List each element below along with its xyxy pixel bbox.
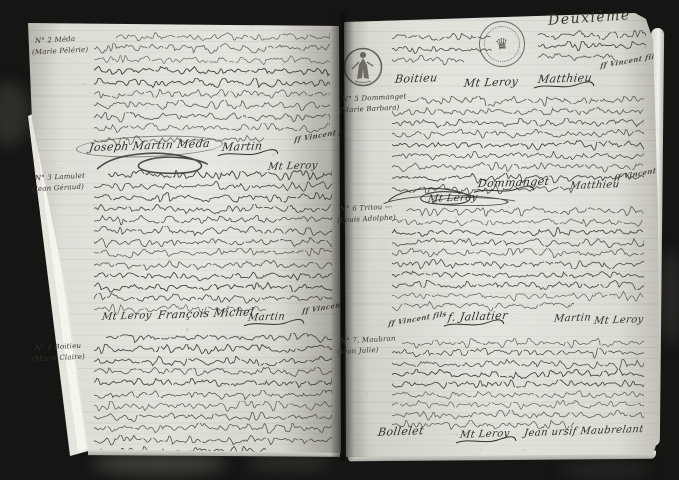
- paper-speck: [516, 317, 518, 319]
- handwriting-line: [94, 78, 330, 90]
- handwriting-line: [94, 423, 332, 435]
- signature: Bollelet: [377, 424, 425, 439]
- paper-speck: [51, 219, 53, 221]
- handwriting-line: [94, 226, 332, 238]
- signature: Martin: [221, 139, 263, 153]
- paper-speck: [52, 387, 53, 388]
- signature: Matthieu: [569, 179, 620, 192]
- paper-speck: [83, 83, 85, 85]
- handwriting-line: [94, 237, 332, 249]
- handwriting-line: [94, 378, 332, 390]
- paper-speck: [57, 171, 58, 172]
- scanner-smudge: [560, 462, 650, 478]
- handwriting-line: [94, 367, 332, 379]
- signature: Mt Leroy: [593, 314, 644, 327]
- signature-underline-flourish: [532, 81, 595, 91]
- signature-flourish: [380, 194, 520, 208]
- handwriting-line: [108, 170, 332, 182]
- handwriting-line: [94, 192, 332, 204]
- handwriting-line: [94, 390, 332, 402]
- paper-speck: [366, 393, 368, 395]
- signature: Mt Leroy: [459, 428, 510, 441]
- paper-speck: [523, 449, 525, 451]
- paper-speck: [28, 221, 30, 223]
- handwriting-line: [94, 66, 330, 78]
- paper-speck: [60, 167, 62, 169]
- handwriting-line: [94, 89, 330, 101]
- paper-speck: [354, 17, 356, 19]
- paper-speck: [351, 218, 353, 220]
- right-page: ♛ BoitieuMt LeroyMatthieuff Vincent fils…: [340, 10, 663, 460]
- paper-speck: [38, 437, 40, 439]
- signature-underline-flourish: [442, 319, 505, 329]
- handwriting-line: [94, 112, 330, 124]
- scanner-smudge: [660, 250, 679, 345]
- handwriting-line: [94, 55, 330, 67]
- handwriting-line: [94, 204, 332, 216]
- paper-speck: [90, 220, 91, 221]
- scanner-smudge: [92, 452, 227, 476]
- signature: Boitieu: [394, 71, 438, 86]
- handwriting-line: [94, 435, 332, 447]
- handwriting-line: [94, 100, 330, 112]
- signature: f. Jallatier: [447, 309, 509, 324]
- paper-speck: [28, 148, 30, 150]
- signature: Mt Leroy: [463, 75, 519, 90]
- handwriting-line: [94, 401, 332, 413]
- scanner-smudge: [246, 454, 331, 472]
- paper-speck: [33, 313, 35, 315]
- signature: Matthieu: [537, 71, 593, 86]
- signature-underline-flourish: [216, 149, 279, 159]
- paper-speck: [367, 166, 369, 168]
- paper-speck: [600, 21, 602, 23]
- handwriting-line: [94, 293, 332, 305]
- crown-icon: ♛: [494, 36, 509, 53]
- figure-vignette-stamp: [343, 45, 383, 89]
- paper-speck: [394, 12, 395, 13]
- paper-speck: [480, 449, 482, 451]
- paper-speck: [455, 433, 458, 436]
- paper-speck: [180, 330, 181, 331]
- paper-speck: [36, 342, 38, 344]
- signature-underline-flourish: [455, 436, 518, 446]
- signature: Martin: [247, 311, 286, 323]
- handwriting-line: [94, 282, 332, 294]
- signature: Martin: [553, 312, 592, 324]
- register-scan: Joseph Martin MédaMartinff Vincent filsM…: [0, 0, 679, 480]
- handwriting-line: [94, 248, 332, 260]
- handwriting-line: [94, 215, 332, 227]
- paper-speck: [390, 179, 391, 180]
- handwriting-line: [94, 123, 330, 135]
- paper-speck: [186, 328, 189, 331]
- left-page: Joseph Martin MédaMartinff Vincent filsM…: [24, 20, 342, 454]
- handwriting-line: [94, 344, 332, 356]
- handwriting-line: [94, 181, 332, 193]
- paper-speck: [71, 342, 73, 344]
- handwriting-line: [392, 55, 464, 67]
- paper-speck: [34, 363, 36, 365]
- handwriting-line: [116, 32, 330, 44]
- signature-underline-flourish: [243, 319, 306, 329]
- paper-speck: [266, 147, 267, 148]
- paper-speck: [407, 438, 409, 440]
- signature: Mt Leroy: [101, 310, 152, 323]
- handwriting-line: [94, 356, 332, 368]
- handwriting-line: [106, 333, 332, 345]
- scanner-smudge: [0, 82, 30, 146]
- signature: Dommanget: [477, 175, 550, 191]
- paper-speck: [270, 456, 271, 457]
- paper-speck: [333, 388, 335, 390]
- handwriting-line: [94, 446, 265, 458]
- handwriting-line: [94, 43, 330, 55]
- handwriting-line: [94, 260, 332, 272]
- handwriting-line: [94, 271, 332, 283]
- paper-speck: [346, 97, 347, 98]
- signature: François Michel: [157, 305, 255, 321]
- paper-speck: [374, 266, 376, 268]
- handwriting-line: [94, 412, 332, 424]
